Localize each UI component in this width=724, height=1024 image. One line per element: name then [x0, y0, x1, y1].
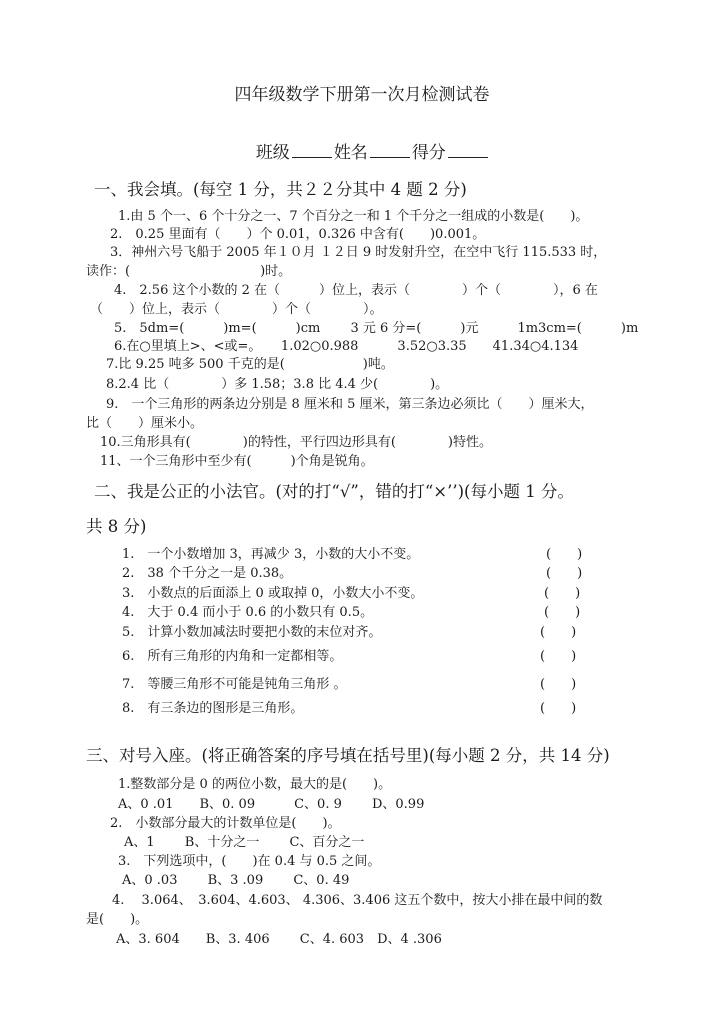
- s2-q7-answer[interactable]: ( ): [540, 673, 576, 692]
- s2-q6: 6. 所有三角形的内角和一定都相等。: [122, 645, 342, 664]
- s1-q3: 3．神州六号飞船于 2005 年１０月 １２日 9 时发射升空，在空中飞行 11…: [110, 241, 606, 260]
- s1-q10: 10.三角形具有( )的特性，平行四边形具有( )特性。: [100, 431, 492, 450]
- s2-q5: 5. 计算小数加减法时要把小数的末位对齐。: [122, 621, 381, 640]
- s1-q1: 1.由 5 个一、6 个十分之一、7 个百分之一和 1 个千分之一组成的小数是(…: [118, 205, 588, 224]
- section2-heading: 二、我是公正的小法官。(对的打“√”，错的打“×’’)(每小题 1 分。: [94, 478, 574, 502]
- s2-q8: 8. 有三条边的图形是三角形。: [122, 697, 303, 716]
- s1-q7: 7.比 9.25 吨多 500 千克的是( )吨。: [106, 353, 394, 372]
- s1-q6: 6.在○里填上>、<或=。 1.02○0.988 3.52○3.35 41.34…: [114, 335, 578, 354]
- score-label: 得分: [412, 143, 446, 163]
- s1-q9: 9. 一个三角形的两条边分别是 8 厘米和 5 厘米，第三条边必须比（ ）厘米大…: [106, 393, 593, 412]
- s1-q4: 4. 2.56 这个小数的 2 在（ ）位上，表示（ ）个（ ），6 在: [114, 279, 598, 298]
- s3-q3: 3. 下列选项中，( )在 0.4 与 0.5 之间。: [118, 850, 380, 869]
- s2-q5-answer[interactable]: ( ): [540, 621, 576, 640]
- s3-q1: 1.整数部分是 0 的两位小数，最大的是( )。: [118, 773, 391, 792]
- section2-heading-cont: 共 8 分): [86, 513, 146, 537]
- s2-q2: 2. 38 个千分之一是 0.38。: [122, 562, 292, 581]
- s1-q5: 5. 5dm=( )m=( )cm 3 元 6 分=( )元 1m3cm=( )…: [114, 317, 638, 336]
- s2-q6-answer[interactable]: ( ): [540, 645, 576, 664]
- s3-q2-options: A、1 B、十分之一 C、百分之一: [124, 831, 364, 850]
- s2-q2-answer[interactable]: ( ): [546, 562, 582, 581]
- name-blank[interactable]: [370, 143, 410, 158]
- name-label: 姓名: [334, 143, 368, 163]
- s1-q2: 2. 0.25 里面有（ ）个 0.01，0.326 中含有( )0.001。: [110, 223, 485, 242]
- section1-heading: 一、我会填。(每空 1 分，共２２分其中 4 题 2 分): [94, 176, 467, 200]
- s2-q4-answer[interactable]: ( ): [544, 601, 580, 620]
- page-title: 四年级数学下册第一次月检测试卷: [0, 80, 724, 105]
- s2-q4: 4. 大于 0.4 而小于 0.6 的小数只有 0.5。: [122, 601, 373, 620]
- s3-q3-options: A、0 .03 B、3 .09 C、0. 49: [122, 869, 349, 888]
- section3-heading: 三、对号入座。(将正确答案的序号填在括号里)(每小题 2 分，共 14 分): [86, 742, 610, 766]
- s3-q2: 2. 小数部分最大的计数单位是( )。: [110, 812, 341, 831]
- s2-q1-answer[interactable]: ( ): [546, 543, 582, 562]
- s3-q1-options: A、0 .01 B、0. 09 C、0. 9 D、0.99: [118, 793, 424, 812]
- s1-q4-cont: （ ）位上，表示（ ）个（ ）。: [90, 298, 383, 317]
- s3-q4-options: A、3. 604 B、3. 406 C、4. 603 D、4 .306: [116, 928, 442, 947]
- s2-q7: 7. 等腰三角形不可能是钝角三角形 。: [122, 673, 347, 692]
- s3-q4: 4. 3.064、 3.604、4.603、 4.306、3.406 这五个数中…: [112, 889, 602, 908]
- s2-q8-answer[interactable]: ( ): [540, 697, 576, 716]
- s1-q9-cont: 比（ ）厘米小。: [86, 412, 203, 431]
- score-blank[interactable]: [448, 143, 488, 158]
- s2-q3-answer[interactable]: ( ): [544, 582, 580, 601]
- class-blank[interactable]: [292, 143, 332, 158]
- class-label: 班级: [256, 143, 290, 163]
- s1-q3-cont: 读作：( )时。: [86, 260, 291, 279]
- s2-q1: 1. 一个小数增加 3，再减少 3，小数的大小不变。: [122, 543, 419, 562]
- s2-q3: 3. 小数点的后面添上 0 或取掉 0，小数大小不变。: [122, 582, 423, 601]
- s3-q4-cont: 是( )。: [86, 908, 148, 927]
- s1-q11: 11、一个三角形中至少有( )个角是锐角。: [100, 450, 374, 469]
- s1-q8: 8.2.4 比（ ）多 1.58；3.8 比 4.4 少( )。: [106, 373, 448, 392]
- student-info-line: 班级姓名得分: [0, 118, 724, 183]
